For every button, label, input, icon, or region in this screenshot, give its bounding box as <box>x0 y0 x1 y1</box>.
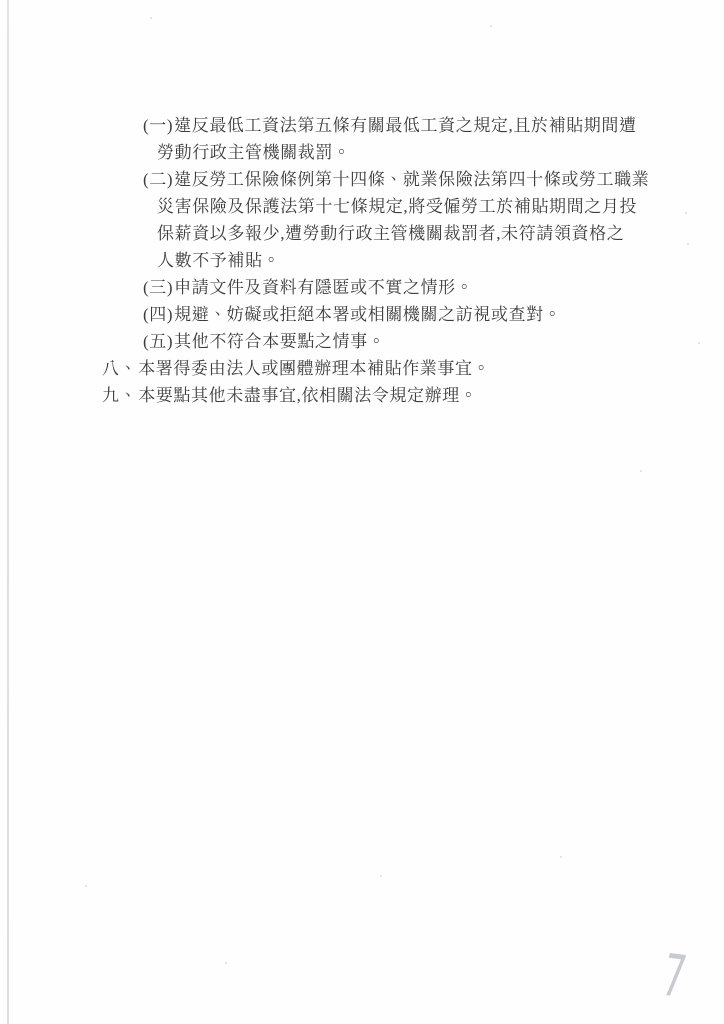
scan-speckle <box>560 856 562 858</box>
scan-speckle <box>150 17 152 19</box>
scan-speckle <box>640 470 642 472</box>
text-line: 人數不予補貼。 <box>102 247 654 274</box>
text-line: 災害保險及保護法第十七條規定,將受僱勞工於補貼期間之月投 <box>102 193 654 220</box>
list-item: (四)規避、妨礙或拒絕本署或相關機關之訪視或查對。 <box>102 301 654 328</box>
scan-speckle <box>85 885 87 887</box>
item-text: 違反勞工保險條例第十四條、就業保險法第四十條或勞工職業 <box>174 170 649 189</box>
item-label: 九、 <box>102 386 137 405</box>
text-line: 勞動行政主管機關裁罰。 <box>102 139 654 166</box>
text-line: 保薪資以多報少,遭勞動行政主管機關裁罰者,未符請領資格之 <box>102 220 654 247</box>
list-item: (一)違反最低工資法第五條有關最低工資之規定,且於補貼期間遭勞動行政主管機關裁罰… <box>102 112 654 166</box>
item-label: (四) <box>143 305 173 324</box>
item-text: 本要點其他未盡事宜,依相關法令規定辦理。 <box>138 386 477 405</box>
scan-edge-artifact <box>7 0 9 1024</box>
item-text: 規避、妨礙或拒絕本署或相關機關之訪視或查對。 <box>174 305 561 324</box>
text-line: 九、本要點其他未盡事宜,依相關法令規定辦理。 <box>102 382 654 409</box>
list-item: (五)其他不符合本要點之情事。 <box>102 328 654 355</box>
text-line: (二)違反勞工保險條例第十四條、就業保險法第四十條或勞工職業 <box>102 166 654 193</box>
item-label: 八、 <box>102 359 137 378</box>
item-label: (一) <box>143 116 173 135</box>
item-text: 違反最低工資法第五條有關最低工資之規定,且於補貼期間遭 <box>174 116 636 135</box>
item-label: (三) <box>143 278 173 297</box>
item-label: (二) <box>143 170 173 189</box>
document-body: (一)違反最低工資法第五條有關最低工資之規定,且於補貼期間遭勞動行政主管機關裁罰… <box>102 112 654 409</box>
item-text: 申請文件及資料有隱匿或不實之情形。 <box>174 278 473 297</box>
list-item: 八、本署得委由法人或團體辦理本補貼作業事宜。 <box>102 355 654 382</box>
scan-speckle <box>687 243 689 245</box>
list-item: (三)申請文件及資料有隱匿或不實之情形。 <box>102 274 654 301</box>
scan-speckle <box>490 25 492 27</box>
item-text: 本署得委由法人或團體辦理本補貼作業事宜。 <box>138 359 490 378</box>
handwritten-page-number: 7 <box>659 946 690 1006</box>
list-item: (二)違反勞工保險條例第十四條、就業保險法第四十條或勞工職業災害保險及保護法第十… <box>102 166 654 274</box>
scan-speckle <box>225 962 227 964</box>
text-line: 八、本署得委由法人或團體辦理本補貼作業事宜。 <box>102 355 654 382</box>
list-item: 九、本要點其他未盡事宜,依相關法令規定辦理。 <box>102 382 654 409</box>
text-line: (四)規避、妨礙或拒絕本署或相關機關之訪視或查對。 <box>102 301 654 328</box>
text-line: (五)其他不符合本要點之情事。 <box>102 328 654 355</box>
item-text: 其他不符合本要點之情事。 <box>174 332 385 351</box>
text-line: (三)申請文件及資料有隱匿或不實之情形。 <box>102 274 654 301</box>
scan-speckle <box>685 212 687 214</box>
scan-speckle <box>380 875 382 877</box>
text-line: (一)違反最低工資法第五條有關最低工資之規定,且於補貼期間遭 <box>102 112 654 139</box>
item-label: (五) <box>143 332 173 351</box>
scan-speckle <box>698 342 700 344</box>
scanned-page: (一)違反最低工資法第五條有關最低工資之規定,且於補貼期間遭勞動行政主管機關裁罰… <box>0 0 724 1024</box>
